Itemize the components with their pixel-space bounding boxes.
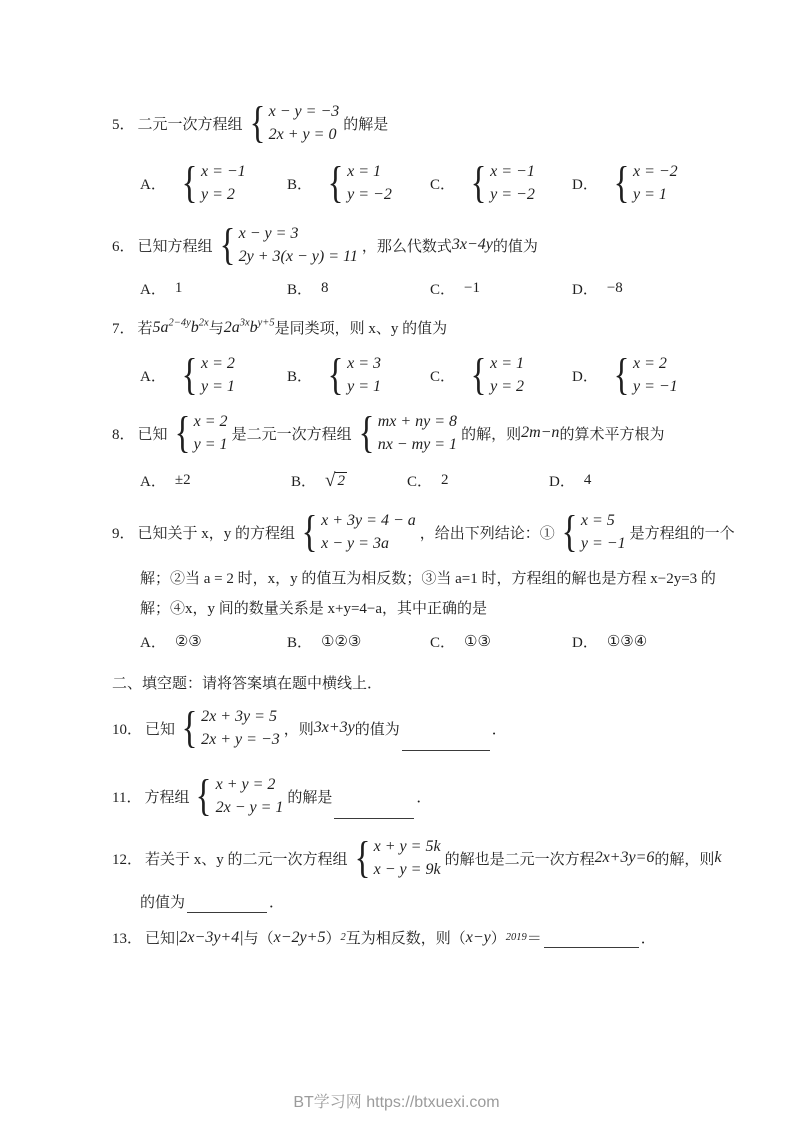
question-text: 已知方程组 — [138, 235, 213, 256]
left-brace: { — [328, 353, 344, 397]
period: ． — [269, 893, 284, 913]
option-b: B．√2 — [291, 470, 407, 491]
equation-line: y = 1 — [194, 433, 228, 456]
question-12-stem: 12． 若关于 x、y 的二元一次方程组 { x + y = 5k x − y … — [112, 835, 763, 881]
question-7-stem: 7． 若 5a2−4yb2x 与 2a3xby+5 是同类项，则 x、y 的值为 — [112, 317, 763, 338]
question-text: ） — [325, 927, 340, 948]
question-6-stem: 6． 已知方程组 { x − y = 3 2y + 3(x − y) = 11 … — [112, 222, 763, 268]
left-brace: { — [181, 161, 197, 205]
question-5-options: A． { x = −1y = 2 B． { x = 1y = −2 C． { x… — [140, 160, 763, 206]
option-label: A． — [140, 631, 166, 652]
question-5-stem: 5． 二元一次方程组 { x − y = −3 2x + y = 0 的解是 — [112, 100, 763, 146]
question-text: 已知 — [145, 927, 175, 948]
option-value: ①②③ — [321, 632, 361, 651]
option-label: D． — [549, 470, 575, 491]
equation-line: x = 2 — [194, 410, 228, 433]
option-label: C． — [407, 470, 432, 491]
equation-line: x = −1 — [490, 160, 535, 183]
option-label: B． — [287, 631, 312, 652]
option-value: −8 — [607, 280, 623, 297]
equation-system: { x = 5 y = −1 — [559, 509, 626, 555]
option-a: A． { x = −1y = 2 — [140, 160, 287, 206]
equation-line: 2x + y = 0 — [269, 123, 340, 146]
equation-line: y = −1 — [633, 375, 678, 398]
question-9-options: A．②③ B．①②③ C．①③ D．①③④ — [140, 631, 763, 652]
question-5: 5． 二元一次方程组 { x − y = −3 2x + y = 0 的解是 A… — [112, 100, 763, 206]
question-number: 6． — [112, 235, 135, 256]
question-text: 的值为 — [140, 893, 185, 913]
question-number: 10． — [112, 718, 142, 739]
option-label: C． — [430, 278, 455, 299]
left-brace: { — [182, 706, 198, 750]
option-value: 4 — [584, 472, 592, 489]
equation-line: y = 1 — [201, 375, 235, 398]
question-text: 的算术平方根为 — [559, 423, 664, 444]
question-12-line2: 的值为 ． — [112, 893, 763, 913]
option-label: A． — [140, 365, 166, 386]
equation-line: y = 1 — [633, 183, 678, 206]
equation-line: x = 1 — [490, 352, 524, 375]
option-b: B． { x = 3y = 1 — [287, 352, 430, 398]
question-text: 与（ — [244, 927, 274, 948]
question-8-stem: 8． 已知 { x = 2 y = 1 是二元一次方程组 { mx + ny =… — [112, 410, 763, 456]
option-d: D．−8 — [572, 278, 763, 299]
option-a: A． { x = 2y = 1 — [140, 352, 287, 398]
question-text: 是方程组的一个 — [630, 522, 735, 543]
option-value: −1 — [464, 280, 480, 297]
equation-line: x = 2 — [201, 352, 235, 375]
equation-line: nx − my = 1 — [378, 433, 457, 456]
equation-system: { x − y = 3 2y + 3(x − y) = 11 — [217, 222, 358, 268]
equation-line: y = −1 — [581, 532, 626, 555]
question-number: 12． — [112, 848, 142, 869]
left-brace: { — [196, 774, 212, 818]
left-brace: { — [613, 353, 629, 397]
question-6-options: A．1 B．8 C．−1 D．−8 — [140, 278, 763, 299]
question-text: ，给出下列结论：① — [420, 522, 555, 543]
option-a: A．②③ — [140, 631, 287, 652]
answer-blank — [187, 899, 267, 913]
question-text: 若 — [138, 317, 153, 338]
question-number: 8． — [112, 423, 135, 444]
monomial-term: 2a3xby+5 — [224, 319, 275, 337]
option-d: D．4 — [549, 470, 763, 491]
option-label: A． — [140, 173, 166, 194]
question-text: 是二元一次方程组 — [232, 423, 352, 444]
inline-math: 2x+3y=6 — [595, 849, 655, 867]
question-text: 的解，则 — [654, 848, 714, 869]
question-number: 11． — [112, 786, 141, 807]
question-text: ，那么代数式 — [362, 235, 452, 256]
equation-line: 2x + y = −3 — [201, 728, 280, 751]
option-label: C． — [430, 631, 455, 652]
section-2-title: 二、填空题：请将答案填在题中横线上． — [112, 672, 763, 693]
equation-line: x − y = −3 — [269, 100, 340, 123]
question-number: 7． — [112, 317, 135, 338]
left-brace: { — [219, 223, 235, 267]
question-text: 的值为 — [355, 718, 400, 739]
question-10: 10． 已知 { 2x + 3y = 5 2x + y = −3 ，则 3x+3… — [112, 705, 763, 751]
question-text: 的解也是二元一次方程 — [445, 848, 595, 869]
equation-system: { 2x + 3y = 5 2x + y = −3 — [179, 705, 280, 751]
option-d: D．①③④ — [572, 631, 763, 652]
question-8: 8． 已知 { x = 2 y = 1 是二元一次方程组 { mx + ny =… — [112, 410, 763, 491]
answer-blank — [334, 805, 414, 819]
equation-line: y = 1 — [347, 375, 381, 398]
option-value: 1 — [175, 280, 183, 297]
option-label: B． — [287, 278, 312, 299]
question-9-line2: 解；②当 a = 2 时，x，y 的值互为相反数；③当 a=1 时，方程组的解也… — [112, 569, 763, 589]
question-13: 13． 已知 |2x−3y+4| 与（ x−2y+5 ）2 互为相反数，则（ x… — [112, 927, 763, 948]
question-text: 方程组 — [144, 786, 189, 807]
option-label: B． — [287, 365, 312, 386]
inline-math: |2x−3y+4| — [175, 929, 244, 947]
option-label: B． — [291, 470, 316, 491]
question-10-stem: 10． 已知 { 2x + 3y = 5 2x + y = −3 ，则 3x+3… — [112, 705, 763, 751]
question-number: 13． — [112, 927, 142, 948]
inline-math: 3x−4y — [452, 236, 493, 254]
left-brace: { — [613, 161, 629, 205]
question-11-stem: 11． 方程组 { x + y = 2 2x − y = 1 的解是 ． — [112, 773, 763, 819]
equals-sign: ＝ — [527, 927, 542, 948]
question-12: 12． 若关于 x、y 的二元一次方程组 { x + y = 5k x − y … — [112, 835, 763, 913]
option-c: C．−1 — [430, 278, 572, 299]
option-b: B． { x = 1y = −2 — [287, 160, 430, 206]
equation-line: x − y = 9k — [374, 858, 441, 881]
option-d: D． { x = −2y = 1 — [572, 160, 763, 206]
question-9-line3: 解；④x，y 间的数量关系是 x+y=4−a，其中正确的是 — [112, 599, 763, 619]
question-7-options: A． { x = 2y = 1 B． { x = 3y = 1 C． { x =… — [140, 352, 763, 398]
equation-line: x = 3 — [347, 352, 381, 375]
equation-system: { x + y = 2 2x − y = 1 — [193, 773, 283, 819]
equation-system: { x − y = −3 2x + y = 0 — [247, 100, 340, 146]
question-8-options: A．±2 B．√2 C．2 D．4 — [140, 470, 763, 491]
option-value: ①③ — [464, 632, 491, 651]
option-value: ②③ — [175, 632, 202, 651]
equation-line: x + y = 5k — [374, 835, 441, 858]
left-brace: { — [471, 353, 487, 397]
question-text: ） — [491, 927, 506, 948]
left-brace: { — [181, 353, 197, 397]
period: ． — [641, 927, 656, 948]
left-brace: { — [471, 161, 487, 205]
left-brace: { — [358, 411, 374, 455]
question-text: 与 — [209, 317, 224, 338]
equation-line: 2x + 3y = 5 — [201, 705, 280, 728]
answer-blank — [544, 934, 639, 948]
left-brace: { — [561, 510, 577, 554]
question-13-stem: 13． 已知 |2x−3y+4| 与（ x−2y+5 ）2 互为相反数，则（ x… — [112, 927, 763, 948]
question-text: 若关于 x、y 的二元一次方程组 — [145, 848, 348, 869]
equation-line: x + y = 2 — [216, 773, 284, 796]
option-label: D． — [572, 631, 598, 652]
equation-line: x = −1 — [201, 160, 246, 183]
question-text: 二元一次方程组 — [138, 113, 243, 134]
option-value: ±2 — [175, 472, 191, 489]
equation-system: { x = 2 y = 1 — [172, 410, 228, 456]
radicand: 2 — [335, 472, 347, 490]
left-brace: { — [302, 510, 318, 554]
equation-line: y = −2 — [347, 183, 392, 206]
question-6: 6． 已知方程组 { x − y = 3 2y + 3(x − y) = 11 … — [112, 222, 763, 299]
question-text: 互为相反数，则（ — [346, 927, 466, 948]
option-value: ①③④ — [607, 632, 647, 651]
left-brace: { — [249, 101, 265, 145]
equation-system: { mx + ny = 8 nx − my = 1 — [356, 410, 457, 456]
question-11: 11． 方程组 { x + y = 2 2x − y = 1 的解是 ． — [112, 773, 763, 819]
equation-line: y = 2 — [201, 183, 246, 206]
question-text: 已知关于 x，y 的方程组 — [138, 522, 296, 543]
equation-line: y = −2 — [490, 183, 535, 206]
left-brace: { — [328, 161, 344, 205]
option-label: B． — [287, 173, 312, 194]
left-brace: { — [174, 411, 190, 455]
option-label: A． — [140, 278, 166, 299]
inline-math: x−y — [466, 929, 491, 947]
answer-blank — [402, 737, 490, 751]
question-text: 是同类项，则 x、y 的值为 — [275, 317, 448, 338]
radical-sign: √ — [325, 472, 335, 490]
option-a: A．1 — [140, 278, 287, 299]
option-d: D． { x = 2y = −1 — [572, 352, 763, 398]
equation-line: 2y + 3(x − y) = 11 — [239, 245, 358, 268]
equation-line: y = 2 — [490, 375, 524, 398]
question-text: 已知 — [145, 718, 175, 739]
left-brace: { — [354, 836, 370, 880]
question-number: 5． — [112, 113, 135, 134]
equation-line: x + 3y = 4 − a — [321, 509, 416, 532]
option-c: C． { x = −1y = −2 — [430, 160, 572, 206]
equation-line: x − y = 3a — [321, 532, 416, 555]
option-a: A．±2 — [140, 470, 291, 491]
inline-math: k — [714, 849, 721, 867]
question-text: ，则 — [284, 718, 314, 739]
period: ． — [492, 718, 507, 739]
equation-system: { x + y = 5k x − y = 9k — [352, 835, 441, 881]
worksheet-content: 5． 二元一次方程组 { x − y = −3 2x + y = 0 的解是 A… — [0, 0, 793, 948]
option-value: 8 — [321, 280, 329, 297]
site-watermark: BT学习网 https://btxuexi.com — [0, 1089, 793, 1112]
option-c: C． { x = 1y = 2 — [430, 352, 572, 398]
option-b: B．①②③ — [287, 631, 430, 652]
option-label: D． — [572, 365, 598, 386]
option-c: C．2 — [407, 470, 549, 491]
question-text: 的值为 — [493, 235, 538, 256]
option-label: D． — [572, 173, 598, 194]
option-label: C． — [430, 365, 455, 386]
option-label: D． — [572, 278, 598, 299]
equation-line: 2x − y = 1 — [216, 796, 284, 819]
worksheet-page: 5． 二元一次方程组 { x − y = −3 2x + y = 0 的解是 A… — [0, 0, 793, 1122]
inline-math: 3x+3y — [314, 719, 355, 737]
question-9-stem: 9． 已知关于 x，y 的方程组 { x + 3y = 4 − a x − y … — [112, 509, 763, 555]
inline-math: 2m−n — [521, 424, 559, 442]
question-7: 7． 若 5a2−4yb2x 与 2a3xby+5 是同类项，则 x、y 的值为… — [112, 317, 763, 398]
option-label: A． — [140, 470, 166, 491]
question-text: 的解是 — [287, 786, 332, 807]
option-b: B．8 — [287, 278, 430, 299]
equation-system: { x + 3y = 4 − a x − y = 3a — [299, 509, 416, 555]
inline-math: x−2y+5 — [274, 929, 326, 947]
question-text: 已知 — [138, 423, 168, 444]
period: ． — [416, 786, 431, 807]
monomial-term: 5a2−4yb2x — [153, 319, 209, 337]
equation-line: x = −2 — [633, 160, 678, 183]
equation-line: mx + ny = 8 — [378, 410, 457, 433]
question-text: 的解，则 — [461, 423, 521, 444]
option-value: 2 — [441, 472, 449, 489]
option-label: C． — [430, 173, 455, 194]
sqrt-expression: √2 — [325, 472, 347, 490]
equation-line: x = 1 — [347, 160, 392, 183]
question-number: 9． — [112, 522, 135, 543]
equation-line: x = 5 — [581, 509, 626, 532]
option-c: C．①③ — [430, 631, 572, 652]
equation-line: x − y = 3 — [239, 222, 358, 245]
question-9: 9． 已知关于 x，y 的方程组 { x + 3y = 4 − a x − y … — [112, 509, 763, 652]
equation-line: x = 2 — [633, 352, 678, 375]
question-text: 的解是 — [343, 113, 388, 134]
